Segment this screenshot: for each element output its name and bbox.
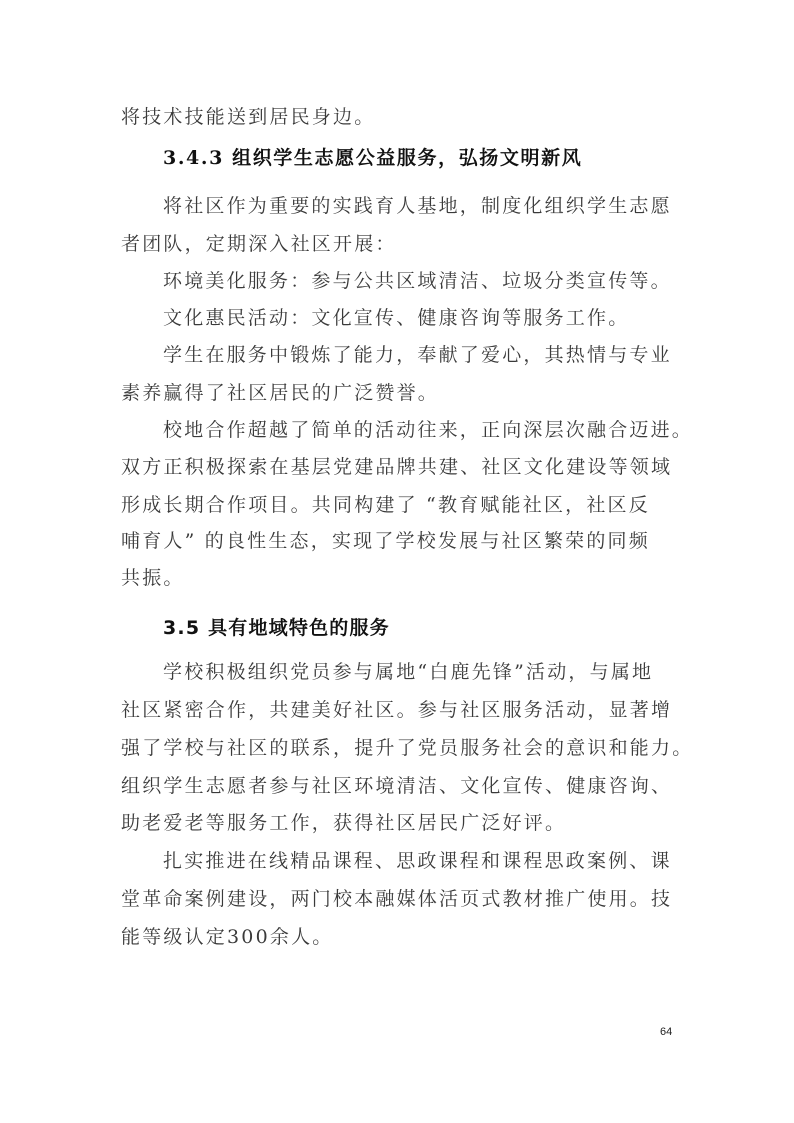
paragraph-line: 堂革命案例建设，两门校本融媒体活页式教材推广使用。技	[121, 887, 672, 911]
list-item-culture: 文化惠民活动：文化宣传、健康咨询等服务工作。	[163, 306, 629, 330]
paragraph-line: 共振。	[121, 566, 185, 590]
paragraph-line: 能等级认定300余人。	[121, 925, 333, 949]
paragraph-line: 强了学校与社区的联系，提升了党员服务社会的意识和能力。	[121, 736, 693, 760]
paragraph-line: 者团队，定期深入社区开展：	[121, 232, 397, 256]
section-heading-3-4-3: 3.4.3 组织学生志愿公益服务，弘扬文明新风	[163, 146, 582, 170]
paragraph-line: 双方正积极探索在基层党建品牌共建、社区文化建设等领域	[121, 455, 672, 479]
paragraph-line: 助老爱老等服务工作，获得社区居民广泛好评。	[121, 811, 566, 835]
paragraph-line: 学校积极组织党员参与属地“白鹿先锋”活动，与属地	[163, 660, 653, 684]
paragraph-line: 扎实推进在线精品课程、思政课程和课程思政案例、课	[163, 849, 672, 873]
list-item-environment: 环境美化服务：参与公共区域清洁、垃圾分类宣传等。	[163, 269, 672, 293]
page-number: 64	[660, 1026, 672, 1038]
paragraph-line: 素养赢得了社区居民的广泛赞誉。	[121, 381, 439, 405]
section-heading-3-5: 3.5 具有地域特色的服务	[163, 616, 390, 640]
paragraph-line: 校地合作超越了简单的活动往来，正向深层次融合迈进。	[163, 418, 693, 442]
paragraph-line: 形成长期合作项目。共同构建了 “教育赋能社区，社区反	[121, 493, 650, 517]
paragraph-line: 将社区作为重要的实践育人基地，制度化组织学生志愿	[163, 194, 672, 218]
paragraph-line: 社区紧密合作，共建美好社区。参与社区服务活动，显著增	[121, 698, 672, 722]
document-page: 将技术技能送到居民身边。 3.4.3 组织学生志愿公益服务，弘扬文明新风 将社区…	[0, 0, 794, 1123]
paragraph-line: 将技术技能送到居民身边。	[121, 105, 375, 129]
paragraph-line: 哺育人” 的良性生态，实现了学校发展与社区繁荣的同频	[121, 529, 650, 553]
paragraph-line: 学生在服务中锻炼了能力，奉献了爱心，其热情与专业	[163, 343, 672, 367]
paragraph-line: 组织学生志愿者参与社区环境清洁、文化宣传、健康咨询、	[121, 774, 672, 798]
